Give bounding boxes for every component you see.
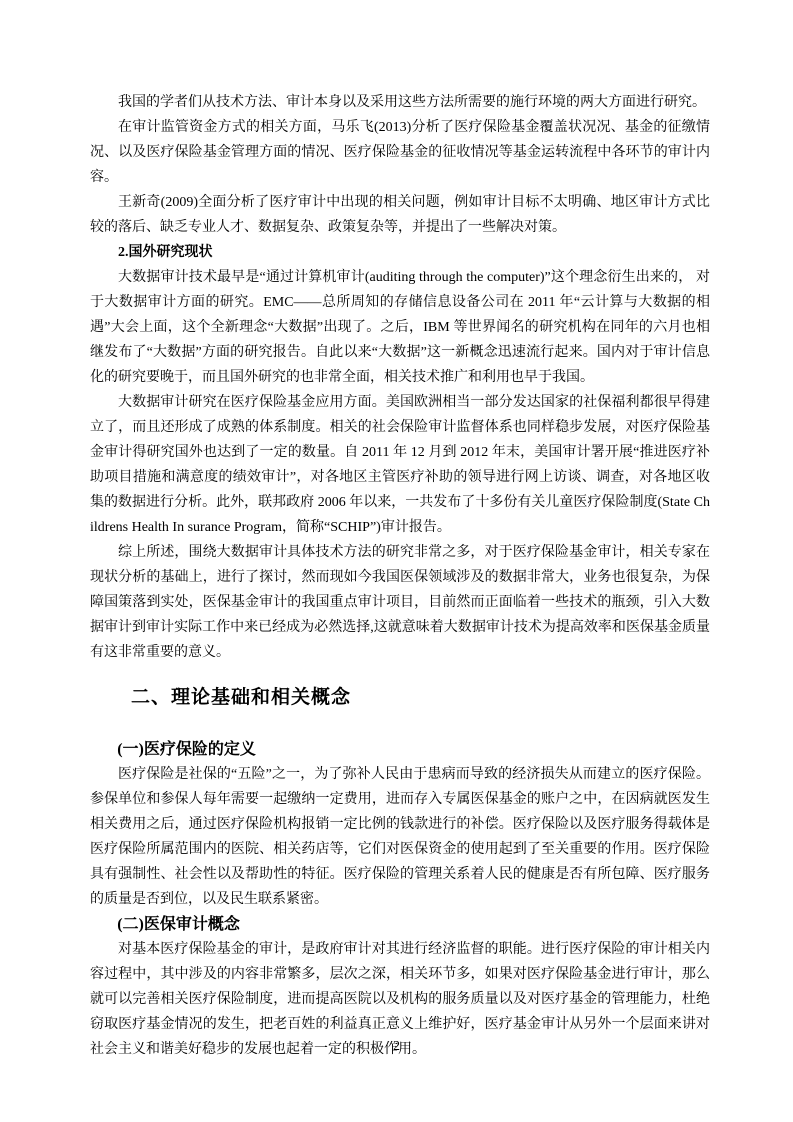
paragraph-bigdata-medical-application: 大数据审计研究在医疗保险基金应用方面。美国欧洲相当一部分发达国家的社保福利都很早…	[90, 390, 710, 540]
paragraph-insurance-definition: 医疗保险是社保的“五险”之一，为了弥补人民由于患病而导致的经济损失从而建立的医疗…	[90, 762, 710, 912]
page-number: 2	[0, 1038, 793, 1056]
subsection-heading-audit-concept: (二)医保审计概念	[90, 912, 710, 937]
paragraph-wang-xinqi: 王新奇(2009)全面分析了医疗审计中出现的相关问题，例如审计目标不太明确、地区…	[90, 190, 710, 240]
paragraph-bigdata-audit-origin: 大数据审计技术最早是“通过计算机审计(auditing through the …	[90, 265, 710, 390]
document-body: 我国的学者们从技术方法、审计本身以及采用这些方法所需要的施行环境的两大方面进行研…	[90, 90, 710, 1062]
section-heading-theory-basis: 二、理论基础和相关概念	[131, 687, 710, 709]
paragraph-audit-supervision: 在审计监管资金方式的相关方面，马乐飞(2013)分析了医疗保险基金覆盖状况况、基…	[90, 115, 710, 190]
heading-foreign-research-status: 2.国外研究现状	[90, 240, 710, 265]
paragraph-summary: 综上所述，围绕大数据审计具体技术方法的研究非常之多，对于医疗保险基金审计，相关专…	[90, 540, 710, 665]
paragraph-domestic-scholars: 我国的学者们从技术方法、审计本身以及采用这些方法所需要的施行环境的两大方面进行研…	[90, 90, 710, 115]
subsection-heading-insurance-definition: (一)医疗保险的定义	[90, 737, 710, 762]
document-page: 我国的学者们从技术方法、审计本身以及采用这些方法所需要的施行环境的两大方面进行研…	[0, 0, 793, 1122]
